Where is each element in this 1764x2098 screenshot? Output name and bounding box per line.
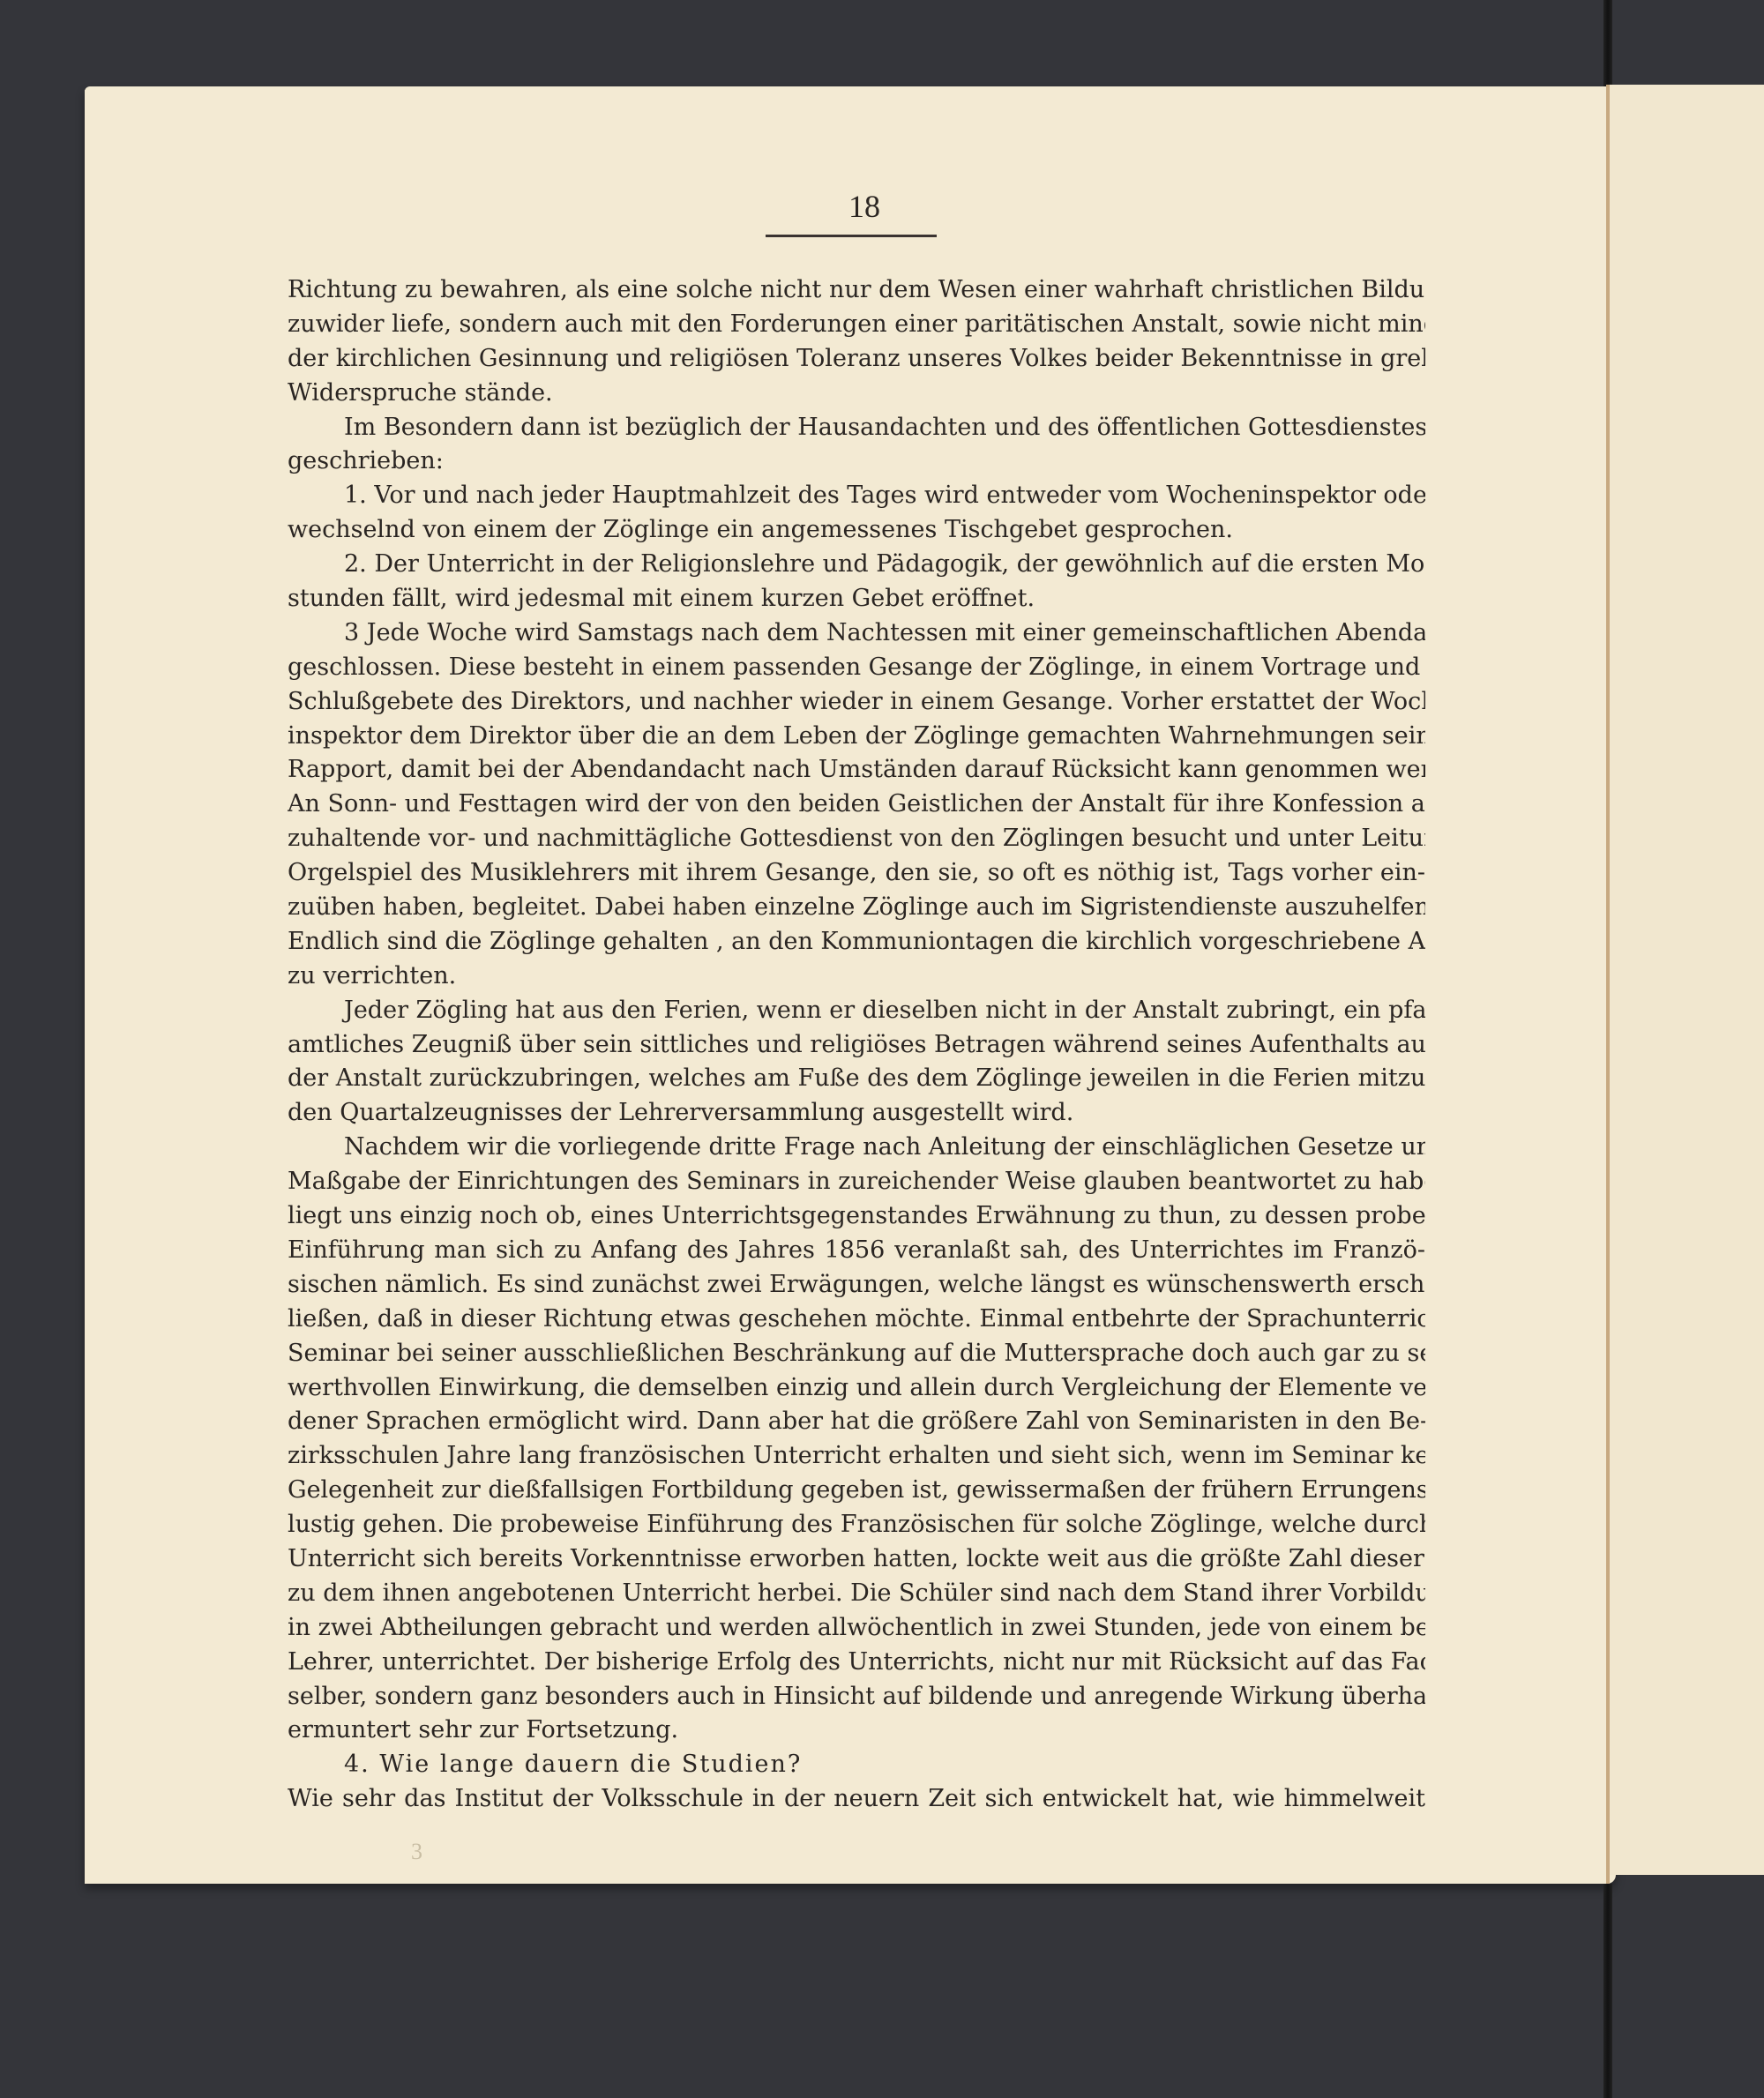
header-rule	[766, 235, 937, 237]
text-line: selber, sondern ganz besonders auch in H…	[288, 1680, 1425, 1714]
text-line: inspektor dem Direktor über die an dem L…	[288, 720, 1425, 754]
text-line: 2. Der Unterricht in der Religionslehre …	[288, 548, 1425, 582]
text-line: Gelegenheit zur dießfallsigen Fortbildun…	[288, 1474, 1425, 1508]
text-line: Einführung man sich zu Anfang des Jahres…	[288, 1234, 1425, 1268]
text-line: amtliches Zeugniß über sein sittliches u…	[288, 1028, 1425, 1063]
text-line: 3 Jede Woche wird Samstags nach dem Nach…	[288, 616, 1425, 651]
text-line: Jeder Zögling hat aus den Ferien, wenn e…	[288, 994, 1425, 1028]
text-line: ermuntert sehr zur Fortsetzung.	[288, 1713, 1425, 1748]
text-line: geschlossen. Diese besteht in einem pass…	[288, 651, 1425, 685]
text-line: Widerspruche stände.	[288, 377, 1425, 411]
text-line: Nachdem wir die vorliegende dritte Frage…	[288, 1131, 1425, 1165]
text-line: Orgelspiel des Musiklehrers mit ihrem Ge…	[288, 856, 1425, 891]
text-line: der Anstalt zurückzubringen, welches am …	[288, 1062, 1425, 1096]
text-line: Unterricht sich bereits Vorkenntnisse er…	[288, 1542, 1425, 1577]
body-text: Richtung zu bewahren, als eine solche ni…	[288, 273, 1425, 1817]
text-line: zu verrichten.	[288, 959, 1425, 994]
text-line: geschrieben:	[288, 444, 1425, 479]
section-question: 4. Wie lange dauern die Studien?	[288, 1748, 1425, 1782]
text-line: den Quartalzeugnisses der Lehrerversamml…	[288, 1096, 1425, 1131]
text-line: Rapport, damit bei der Abendandacht nach…	[288, 753, 1425, 788]
text-line: Schlußgebete des Direktors, und nachher …	[288, 685, 1425, 720]
text-line: Maßgabe der Einrichtungen des Seminars i…	[288, 1165, 1425, 1199]
text-line: zu dem ihnen angebotenen Unterricht herb…	[288, 1577, 1425, 1611]
text-line: ließen, daß in dieser Richtung etwas ges…	[288, 1303, 1425, 1337]
text-line: zuwider liefe, sondern auch mit den Ford…	[288, 308, 1425, 342]
text-line: Im Besondern dann ist bezüglich der Haus…	[288, 411, 1425, 445]
text-line: Wie sehr das Institut der Volksschule in…	[288, 1782, 1425, 1817]
text-line: Richtung zu bewahren, als eine solche ni…	[288, 273, 1425, 308]
text-line: Lehrer, unterrichtet. Der bisherige Erfo…	[288, 1646, 1425, 1680]
facing-page-edge	[1610, 85, 1764, 1875]
text-line: zirksschulen Jahre lang französischen Un…	[288, 1439, 1425, 1474]
signature-mark: 3	[411, 1839, 422, 1865]
text-line: Seminar bei seiner ausschließlichen Besc…	[288, 1337, 1425, 1371]
text-line: liegt uns einzig noch ob, eines Unterric…	[288, 1199, 1425, 1234]
page-gutter	[1606, 85, 1610, 1884]
text-line: in zwei Abtheilungen gebracht und werden…	[288, 1611, 1425, 1646]
text-line: sischen nämlich. Es sind zunächst zwei E…	[288, 1268, 1425, 1303]
text-line: stunden fällt, wird jedesmal mit einem k…	[288, 582, 1425, 616]
text-line: lustig gehen. Die probeweise Einführung …	[288, 1508, 1425, 1542]
text-line: werthvollen Einwirkung, die demselben ei…	[288, 1371, 1425, 1406]
text-line: An Sonn- und Festtagen wird der von den …	[288, 788, 1425, 822]
book-spine-top	[1603, 0, 1612, 86]
book-spine-bottom	[1603, 1884, 1612, 2098]
text-line: wechselnd von einem der Zöglinge ein ang…	[288, 513, 1425, 548]
text-line: Endlich sind die Zöglinge gehalten , an …	[288, 925, 1425, 959]
text-line: zuhaltende vor- und nachmittägliche Gott…	[288, 822, 1425, 856]
page-header: 18	[776, 189, 953, 224]
text-line: dener Sprachen ermöglicht wird. Dann abe…	[288, 1405, 1425, 1439]
text-line: 1. Vor und nach jeder Hauptmahlzeit des …	[288, 479, 1425, 513]
text-line: zuüben haben, begleitet. Dabei haben ein…	[288, 891, 1425, 925]
page-number: 18	[776, 189, 953, 224]
text-line: der kirchlichen Gesinnung und religiösen…	[288, 342, 1425, 377]
